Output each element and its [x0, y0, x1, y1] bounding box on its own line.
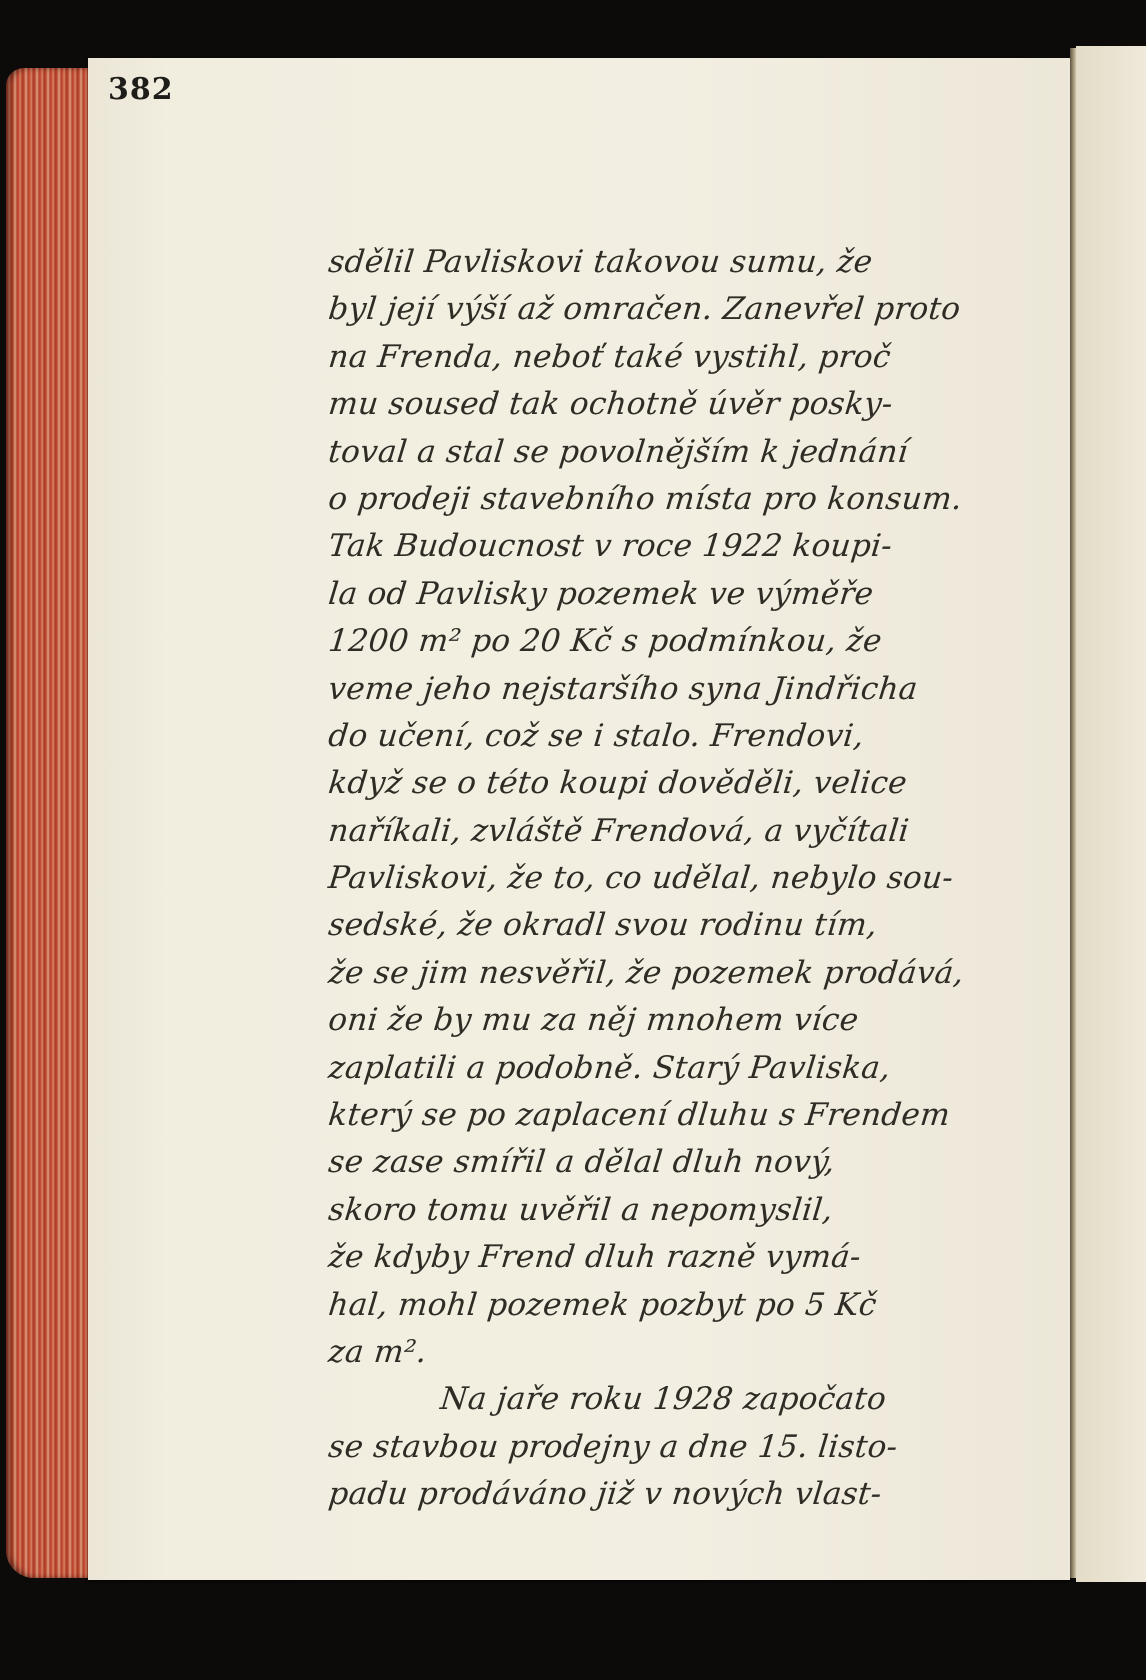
text-line: sdělil Pavliskovi takovou sumu, že	[326, 244, 1031, 291]
text-line: byl její výší až omračen. Zanevřel proto	[326, 291, 1031, 338]
text-line: na Frenda, neboť také vystihl, proč	[326, 339, 1031, 386]
text-line: se stavbou prodejny a dne 15. listo-	[326, 1429, 1031, 1476]
page-number: 382	[108, 72, 174, 107]
text-line: že se jim nesvěřil, že pozemek prodává,	[326, 955, 1031, 1002]
text-line: toval a stal se povolnějším k jednání	[326, 434, 1031, 481]
handwritten-text: sdělil Pavliskovi takovou sumu, že byl j…	[328, 244, 1028, 1524]
text-line: sedské, že okradl svou rodinu tím,	[326, 907, 1031, 954]
text-line: do učení, což se i stalo. Frendovi,	[326, 718, 1031, 765]
text-line: který se po zaplacení dluhu s Frendem	[326, 1097, 1031, 1144]
book-spread: 382 sdělil Pavliskovi takovou sumu, že b…	[0, 0, 1146, 1680]
text-line: skoro tomu uvěřil a nepomyslil,	[326, 1192, 1031, 1239]
text-line: padu prodáváno již v nových vlast-	[326, 1476, 1031, 1523]
text-line: se zase smířil a dělal dluh nový,	[326, 1144, 1031, 1191]
text-line: když se o této koupi dověděli, velice	[326, 765, 1031, 812]
right-page-edge	[1076, 46, 1146, 1582]
text-line: zaplatili a podobně. Starý Pavliska,	[326, 1050, 1031, 1097]
text-line: oni že by mu za něj mnohem více	[326, 1002, 1031, 1049]
text-line: la od Pavlisky pozemek ve výměře	[326, 576, 1031, 623]
text-line: hal, mohl pozemek pozbyt po 5 Kč	[326, 1287, 1031, 1334]
text-line: Tak Budoucnost v roce 1922 koupi-	[326, 528, 1031, 575]
text-line: Pavliskovi, že to, co udělal, nebylo sou…	[326, 860, 1031, 907]
page-edges	[6, 68, 88, 1578]
text-line: mu soused tak ochotně úvěr posky-	[326, 386, 1031, 433]
text-line: veme jeho nejstaršího syna Jindřicha	[326, 671, 1031, 718]
text-line: naříkali, zvláště Frendová, a vyčítali	[326, 813, 1031, 860]
paragraph-start-line: Na jaře roku 1928 započato	[326, 1381, 1031, 1428]
text-line: že kdyby Frend dluh razně vymá-	[326, 1239, 1031, 1286]
text-line: 1200 m² po 20 Kč s podmínkou, že	[326, 623, 1031, 670]
text-line: o prodeji stavebního místa pro konsum.	[326, 481, 1031, 528]
text-line: za m².	[326, 1334, 1031, 1381]
